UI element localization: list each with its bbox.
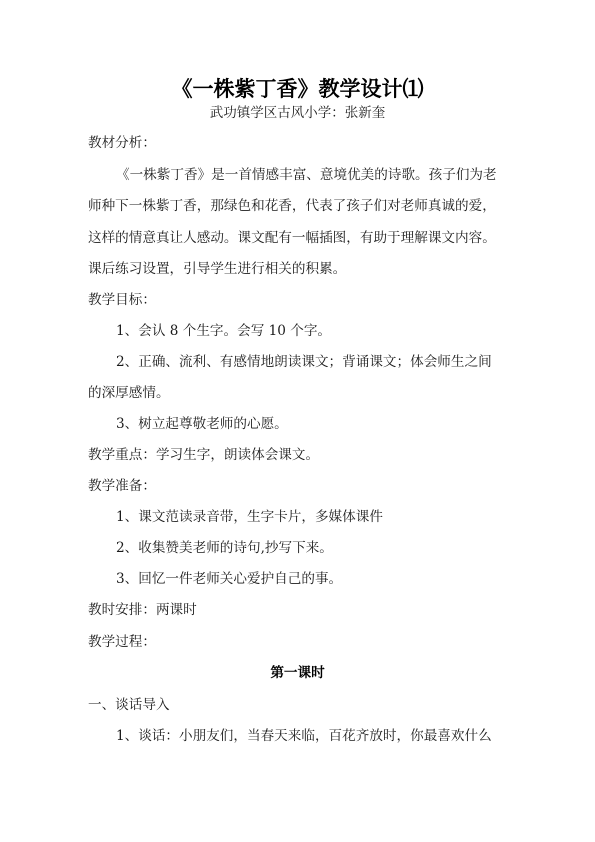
paragraph-line: 课后练习设置，引导学生进行相关的积累。 [88, 259, 513, 279]
goal-item-1: 1、会认 8 个生字。会写 10 个字。 [116, 321, 541, 341]
step-heading-intro: 一、谈话导入 [88, 695, 513, 715]
section-label-process: 教学过程： [88, 632, 513, 652]
goal-item-2: 2、正确、流利、有感情地朗读课文；背诵课文；体会师生之间 [116, 352, 541, 372]
section-label-teaching-goals: 教学目标： [88, 290, 513, 310]
preparation-item-2: 2、收集赞美老师的诗句,抄写下来。 [116, 538, 541, 558]
step-item-1: 1、谈话：小朋友们，当春天来临，百花齐放时，你最喜欢什么 [116, 726, 541, 746]
section-label-schedule: 教时安排：两课时 [88, 600, 513, 620]
preparation-item-3: 3、回忆一件老师关心爱护自己的事。 [116, 569, 541, 589]
paragraph-line: 师种下一株紫丁香，那绿色和花香，代表了孩子们对老师真诚的爱， [88, 196, 513, 216]
document-page: 《一株紫丁香》教学设计⑴ 武功镇学区古风小学：张新奎 教材分析： 《一株紫丁香》… [0, 0, 595, 842]
section-label-key-points: 教学重点：学习生字，朗读体会课文。 [88, 445, 513, 465]
preparation-item-1: 1、课文范读录音带，生字卡片，多媒体课件 [116, 507, 541, 527]
paragraph-line: 《一株紫丁香》是一首情感丰富、意境优美的诗歌。孩子们为老 [116, 165, 541, 185]
document-author: 武功镇学区古风小学：张新奎 [0, 102, 595, 124]
goal-item-2-cont: 的深厚感情。 [88, 383, 513, 403]
paragraph-line: 这样的情意真让人感动。课文配有一幅插图，有助于理解课文内容。 [88, 228, 513, 248]
goal-item-3: 3、树立起尊敬老师的心愿。 [116, 414, 541, 434]
section-label-material-analysis: 教材分析： [88, 133, 513, 153]
section-label-preparation: 教学准备： [88, 476, 513, 496]
document-title: 《一株紫丁香》教学设计⑴ [0, 74, 595, 104]
section-heading-first-lesson: 第一课时 [0, 663, 595, 683]
